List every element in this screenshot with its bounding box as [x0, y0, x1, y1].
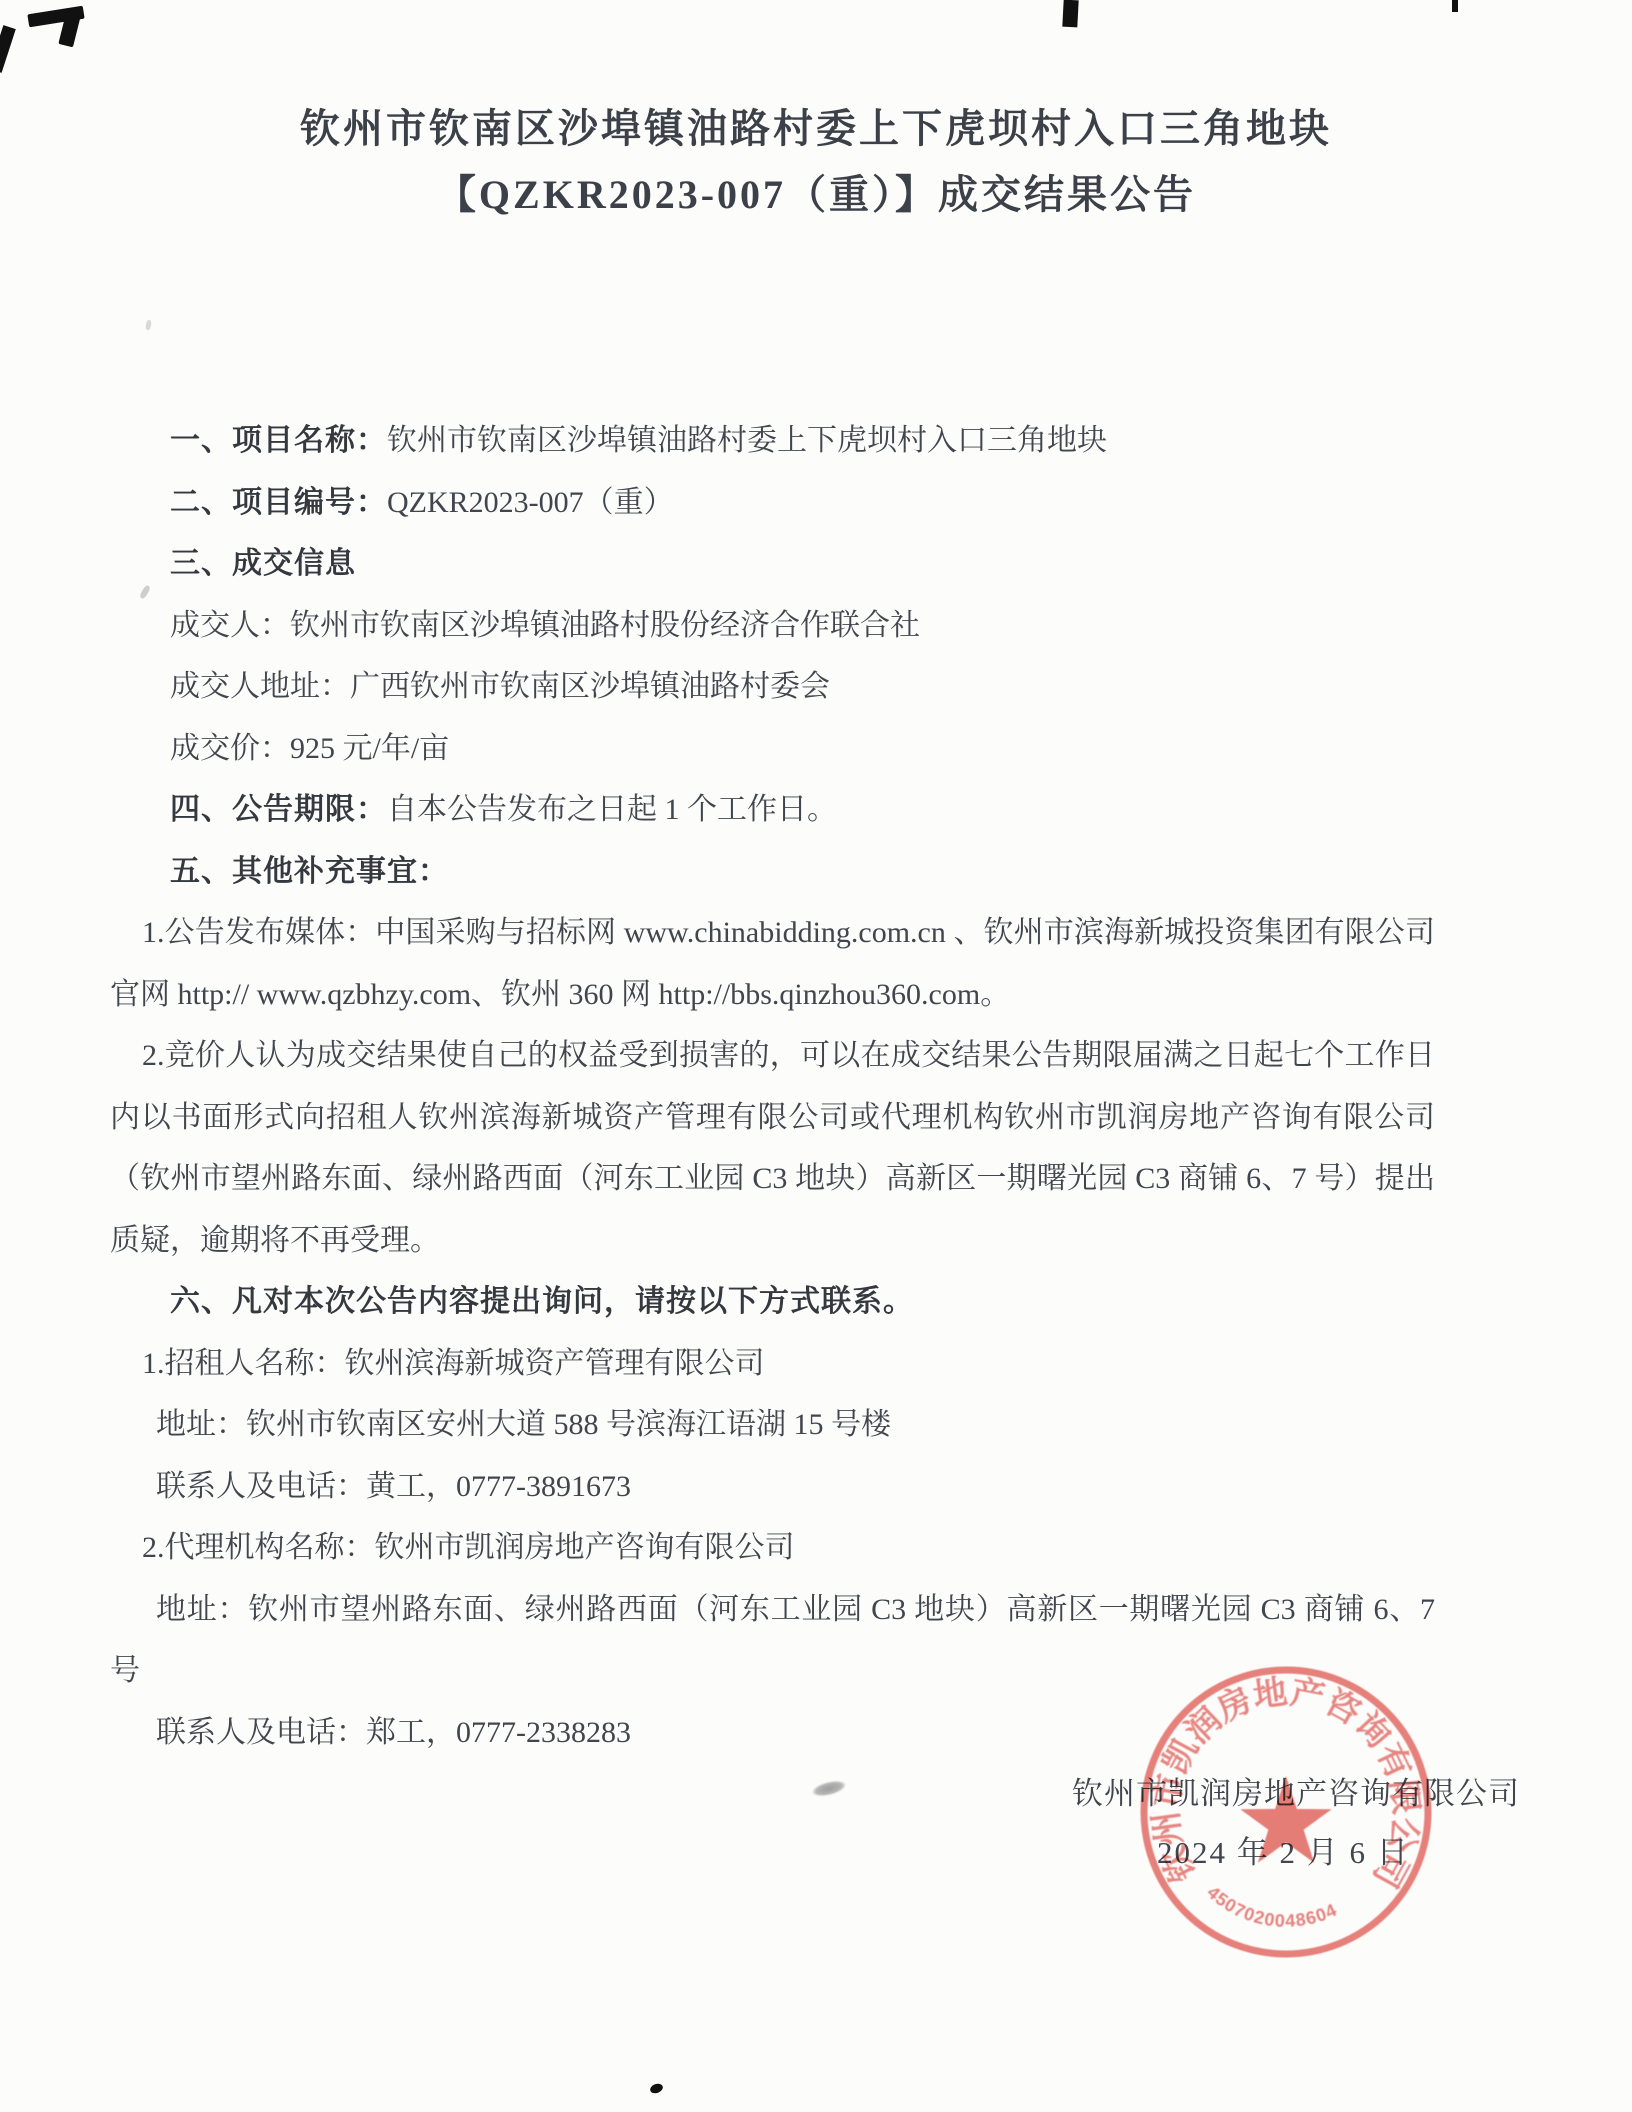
paragraph-text: 1.公告发布媒体：中国采购与招标网 www.chinabidding.com.c…: [110, 916, 1435, 1011]
paragraph-text: 成交人地址：广西钦州市钦南区沙埠镇油路村委会: [170, 670, 830, 703]
scan-artifact-bottom-dot: [649, 2082, 664, 2095]
paragraph-text: 自本公告发布之日起 1 个工作日。: [387, 793, 837, 826]
scan-artifact-top-bar: [1062, 0, 1078, 27]
section-label: 六、凡对本次公告内容提出询问，请按以下方式联系。: [170, 1285, 914, 1318]
paragraph: 成交人地址：广西钦州市钦南区沙埠镇油路村委会: [110, 656, 1435, 718]
company-stamp: 钦州市凯润房地产咨询有限公司 4507020048604: [1136, 1662, 1436, 1962]
paragraph: 二、项目编号：QZKR2023-007（重）: [110, 472, 1435, 534]
paragraph-text: 成交人：钦州市钦南区沙埠镇油路村股份经济合作联合社: [170, 609, 920, 642]
scan-artifact-left-edge: [0, 25, 16, 73]
document-body: 一、项目名称：钦州市钦南区沙埠镇油路村委上下虎坝村入口三角地块二、项目编号：QZ…: [110, 410, 1435, 1763]
paragraph-text: QZKR2023-007（重）: [387, 486, 674, 519]
paragraph: 2.代理机构名称：钦州市凯润房地产咨询有限公司: [110, 1517, 1435, 1579]
section-label: 二、项目编号：: [170, 486, 387, 519]
section-label: 四、公告期限：: [170, 793, 387, 826]
title-line-2: 【QZKR2023-007（重）】成交结果公告: [0, 162, 1632, 228]
paragraph: 五、其他补充事宜：: [110, 841, 1435, 903]
document-title: 钦州市钦南区沙埠镇油路村委上下虎坝村入口三角地块 【QZKR2023-007（重…: [0, 96, 1632, 228]
paragraph-text: 地址：钦州市钦南区安州大道 588 号滨海江语湖 15 号楼: [156, 1408, 891, 1441]
paragraph: 六、凡对本次公告内容提出询问，请按以下方式联系。: [110, 1271, 1435, 1333]
paragraph: 1.招租人名称：钦州滨海新城资产管理有限公司: [110, 1333, 1435, 1395]
paragraph-text: 联系人及电话：郑工，0777-2338283: [156, 1716, 631, 1749]
paragraph-text: 联系人及电话：黄工，0777-3891673: [156, 1470, 631, 1503]
scan-artifact-squiggle: [811, 1778, 847, 1799]
paragraph: 地址：钦州市钦南区安州大道 588 号滨海江语湖 15 号楼: [110, 1394, 1435, 1456]
paragraph: 四、公告期限：自本公告发布之日起 1 个工作日。: [110, 779, 1435, 841]
paragraph-text: 2.代理机构名称：钦州市凯润房地产咨询有限公司: [142, 1531, 795, 1564]
stamp-serial-text: 4507020048604: [1203, 1882, 1340, 1931]
section-label: 五、其他补充事宜：: [170, 855, 449, 888]
scan-artifact-top-right-tick: [1452, 0, 1458, 12]
svg-text:4507020048604: 4507020048604: [1203, 1882, 1340, 1931]
section-label: 三、成交信息: [170, 547, 356, 580]
scan-artifact-speck-2: [145, 320, 152, 331]
section-label: 一、项目名称：: [170, 424, 387, 457]
title-line-1: 钦州市钦南区沙埠镇油路村委上下虎坝村入口三角地块: [0, 96, 1632, 162]
paragraph-text: 2.竞价人认为成交结果使自己的权益受到损害的，可以在成交结果公告期限届满之日起七…: [110, 1039, 1435, 1257]
stamp-star-icon: [1240, 1776, 1331, 1863]
paragraph: 一、项目名称：钦州市钦南区沙埠镇油路村委上下虎坝村入口三角地块: [110, 410, 1435, 472]
paragraph: 1.公告发布媒体：中国采购与招标网 www.chinabidding.com.c…: [110, 902, 1435, 1025]
scanned-document-page: 钦州市钦南区沙埠镇油路村委上下虎坝村入口三角地块 【QZKR2023-007（重…: [0, 0, 1632, 2112]
paragraph-text: 成交价：925 元/年/亩: [170, 732, 449, 765]
paragraph-text: 1.招租人名称：钦州滨海新城资产管理有限公司: [142, 1347, 765, 1380]
paragraph-text: 钦州市钦南区沙埠镇油路村委上下虎坝村入口三角地块: [387, 424, 1107, 457]
paragraph: 联系人及电话：黄工，0777-3891673: [110, 1456, 1435, 1518]
paragraph: 成交价：925 元/年/亩: [110, 718, 1435, 780]
paragraph: 成交人：钦州市钦南区沙埠镇油路村股份经济合作联合社: [110, 595, 1435, 657]
paragraph: 2.竞价人认为成交结果使自己的权益受到损害的，可以在成交结果公告期限届满之日起七…: [110, 1025, 1435, 1271]
paragraph: 三、成交信息: [110, 533, 1435, 595]
